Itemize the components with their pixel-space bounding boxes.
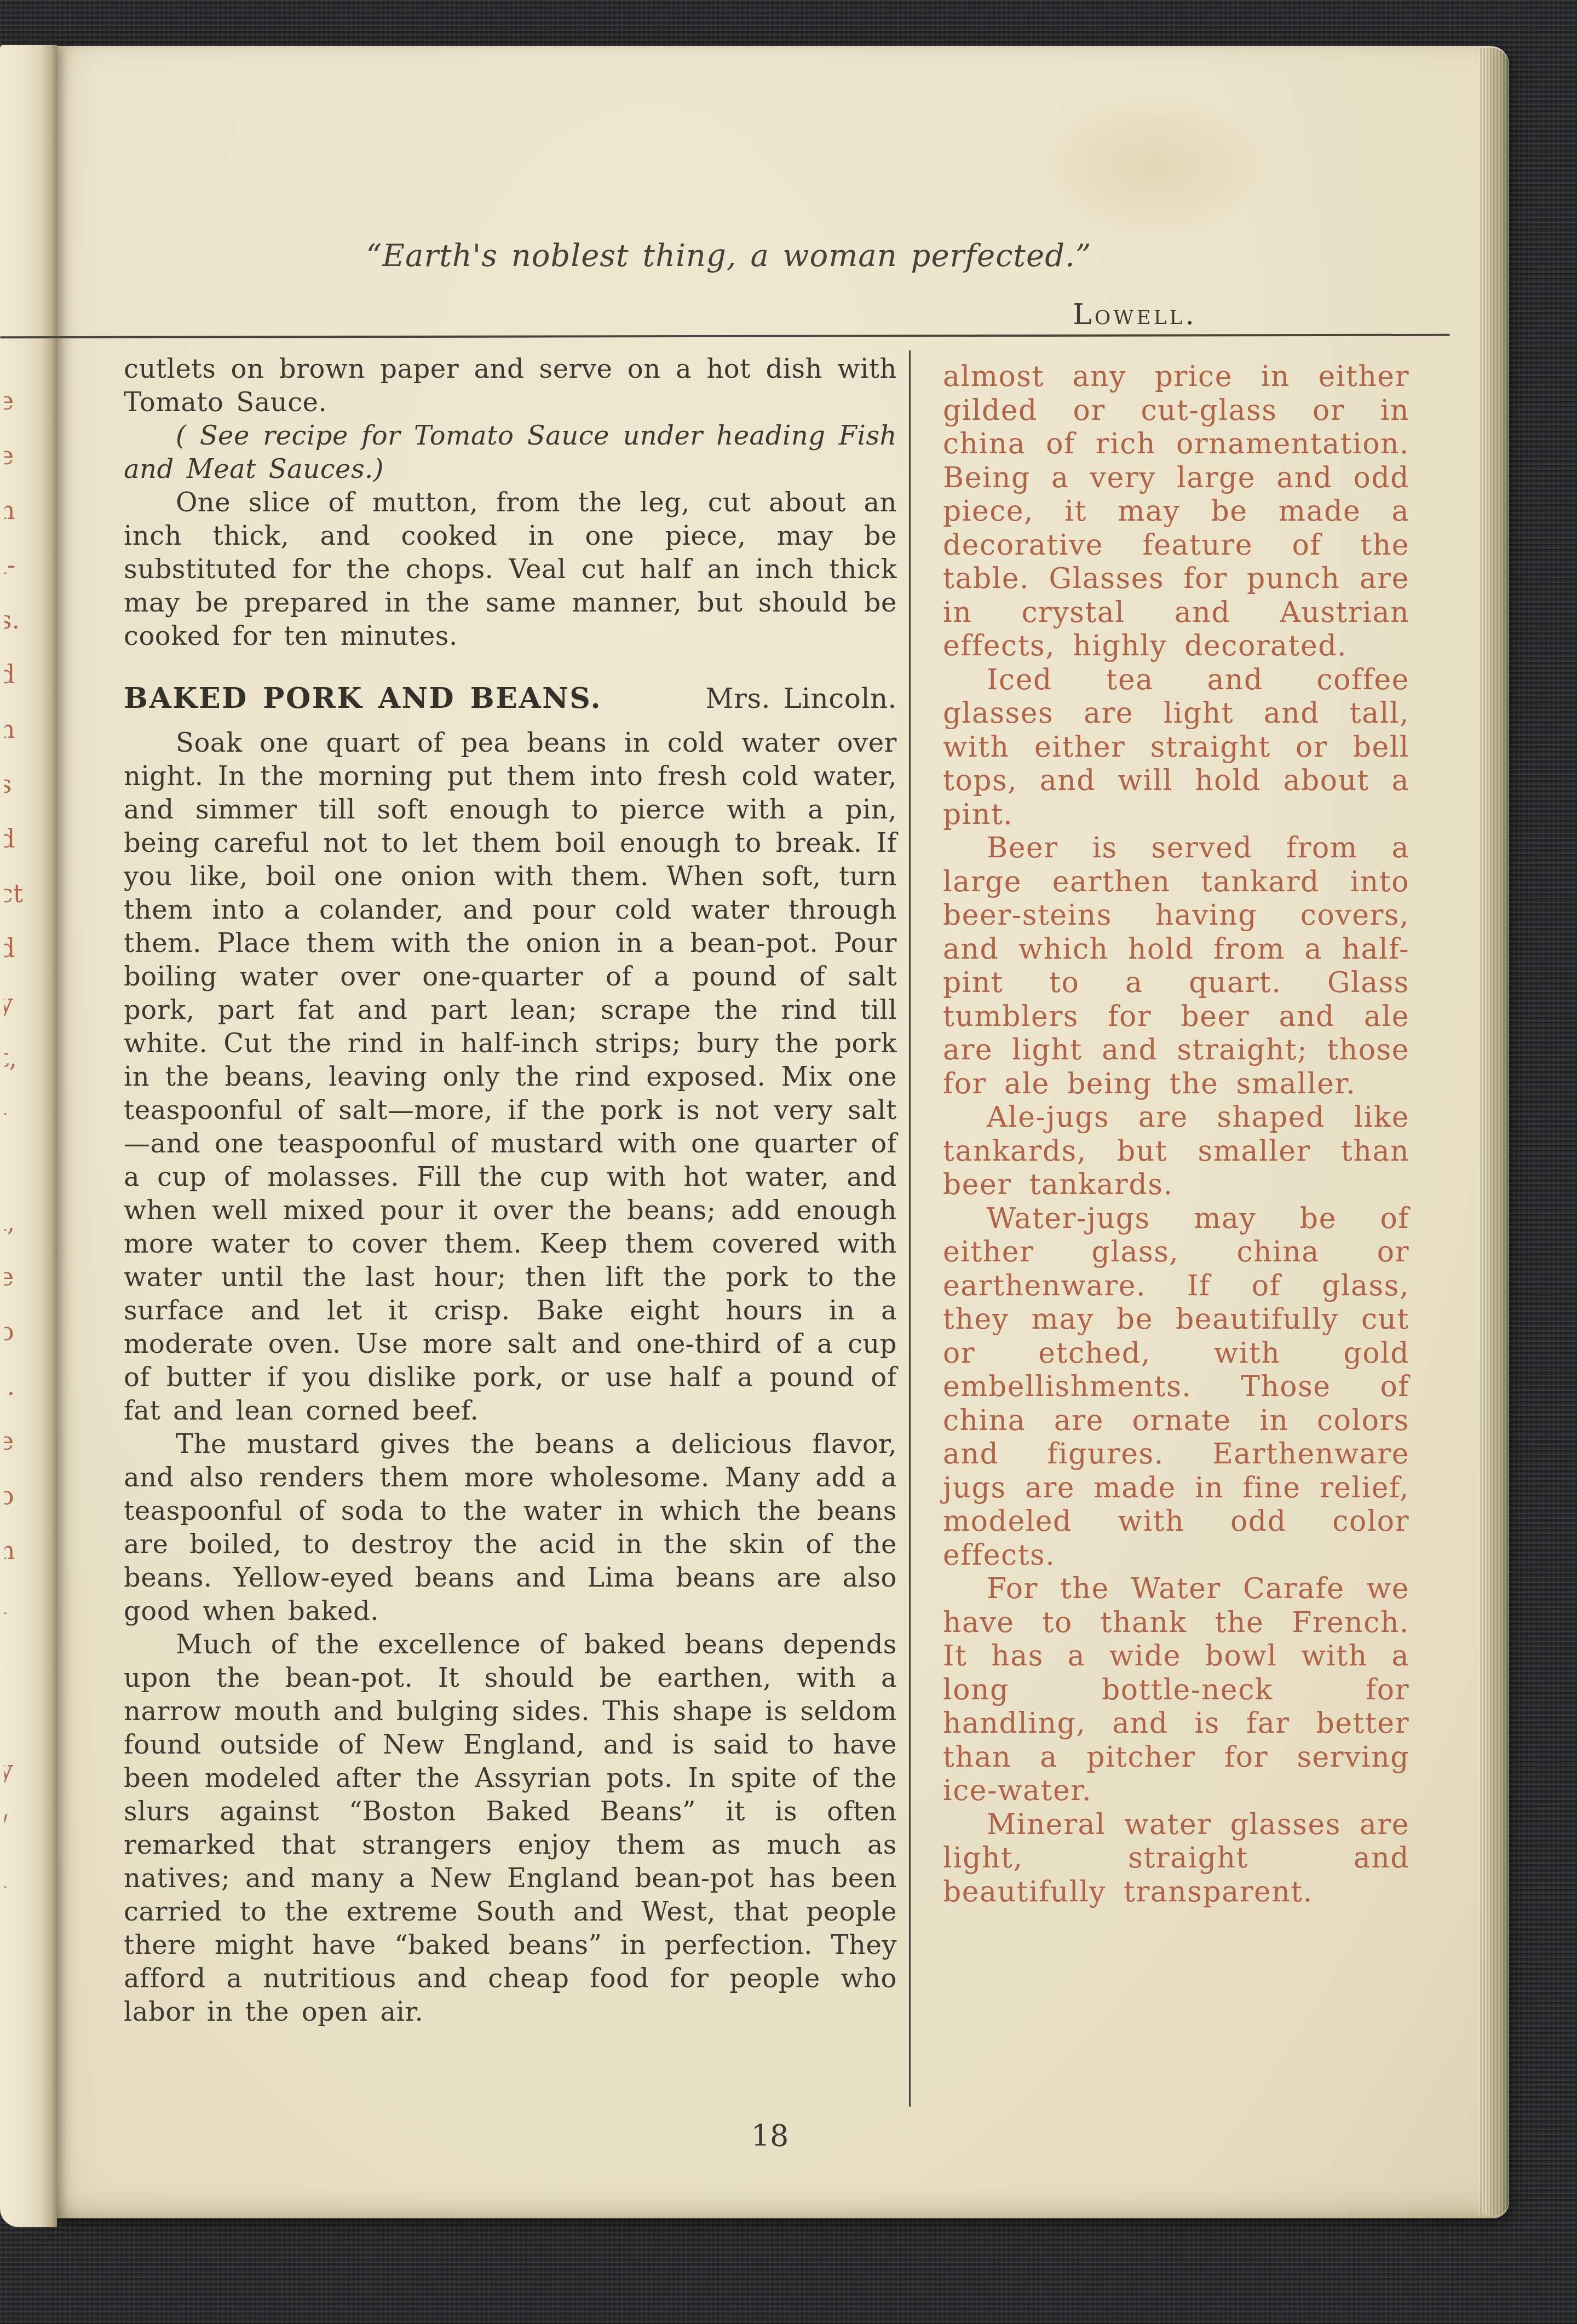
edge-letter-fragment: n [4, 702, 54, 757]
paragraph-punch-glasses: almost any price in either gilded or cut… [943, 360, 1409, 664]
paragraph-ale-jugs: Ale-jugs are shaped like tankards, but s… [943, 1101, 1409, 1202]
edge-letter-fragment: . [4, 1633, 54, 1687]
edge-letter-fragment: e [4, 1249, 54, 1304]
paragraph-beer-steins: Beer is served from a large earthen tank… [943, 832, 1409, 1101]
page-stack-edge [1478, 48, 1509, 2215]
paragraph-water-jugs: Water-jugs may be of either glass, china… [943, 1202, 1409, 1573]
edge-letter-fragment: , [4, 1687, 54, 1742]
page-edge-fragments: eenl-s.dnsdctdyt,-,l,eo..eonl.,y/l [4, 373, 54, 1906]
edge-letter-fragment: n [4, 483, 54, 538]
edge-letter-fragment: y [4, 976, 54, 1030]
edge-letter-fragment: .. [4, 1359, 54, 1414]
page-number: 18 [677, 2120, 863, 2153]
edge-letter-fragment: o [4, 1304, 54, 1359]
edge-letter-fragment: s. [4, 592, 54, 647]
edge-letter-fragment: l- [4, 538, 54, 592]
edge-letter-fragment: y [4, 1742, 54, 1797]
book-page: “Earth's noblest thing, a woman perfecte… [31, 46, 1509, 2218]
edge-letter-fragment: o [4, 1468, 54, 1523]
edge-letter-fragment: / [4, 1797, 54, 1852]
paragraph-see-recipe-note: ( See recipe for Tomato Sauce under head… [124, 419, 897, 486]
edge-letter-fragment: e [4, 428, 54, 483]
edge-letter-fragment: e [4, 373, 54, 428]
paper-stain [1038, 95, 1268, 238]
paragraph-cutlets: cutlets on brown paper and serve on a ho… [124, 353, 897, 419]
edge-letter-fragment: n [4, 1523, 54, 1578]
paragraph-water-carafe: For the Water Carafe we have to thank th… [943, 1572, 1409, 1808]
edge-letter-fragment: d [4, 811, 54, 866]
paragraph-soak-beans: Soak one quart of pea beans in cold wate… [124, 726, 897, 1428]
masthead-attribution: Lowell. [633, 299, 1197, 331]
edge-letter-fragment: ct [4, 866, 54, 921]
left-column: cutlets on brown paper and serve on a ho… [124, 353, 897, 2029]
edge-letter-fragment: s [4, 757, 54, 811]
edge-letter-fragment: , [4, 1140, 54, 1195]
edge-letter-fragment: t, [4, 1030, 54, 1085]
edge-letter-fragment: d [4, 921, 54, 976]
previous-page-edge: eenl-s.dnsdctdyt,-,l,eo..eonl.,y/l [0, 45, 57, 2227]
paragraph-bean-pot: Much of the excellence of baked beans de… [124, 1628, 897, 2029]
edge-letter-fragment: d [4, 647, 54, 702]
paragraph-mineral-water-glasses: Mineral water glasses are light, straigh… [943, 1808, 1409, 1910]
edge-letter-fragment: - [4, 1085, 54, 1140]
edge-letter-fragment: l [4, 1852, 54, 1906]
paragraph-mutton-substitute: One slice of mutton, from the leg, cut a… [124, 486, 897, 653]
edge-letter-fragment: l [4, 1578, 54, 1633]
masthead-quote: “Earth's noblest thing, a woman perfecte… [113, 239, 1345, 274]
paragraph-iced-tea-glasses: Iced tea and coffee glasses are light an… [943, 664, 1409, 832]
paragraph-mustard-flavor: The mustard gives the beans a delicious … [124, 1428, 897, 1628]
book-scan: eenl-s.dnsdctdyt,-,l,eo..eonl.,y/l “Eart… [0, 0, 1577, 2324]
edge-letter-fragment: l, [4, 1195, 54, 1249]
right-column: almost any price in either gilded or cut… [943, 360, 1409, 1909]
recipe-heading-row: BAKED PORK AND BEANS. Mrs. Lincoln. [124, 682, 897, 716]
recipe-attribution: Mrs. Lincoln. [705, 682, 897, 716]
edge-letter-fragment: e [4, 1414, 54, 1468]
recipe-title: BAKED PORK AND BEANS. [124, 682, 602, 715]
column-divider [909, 350, 911, 2107]
